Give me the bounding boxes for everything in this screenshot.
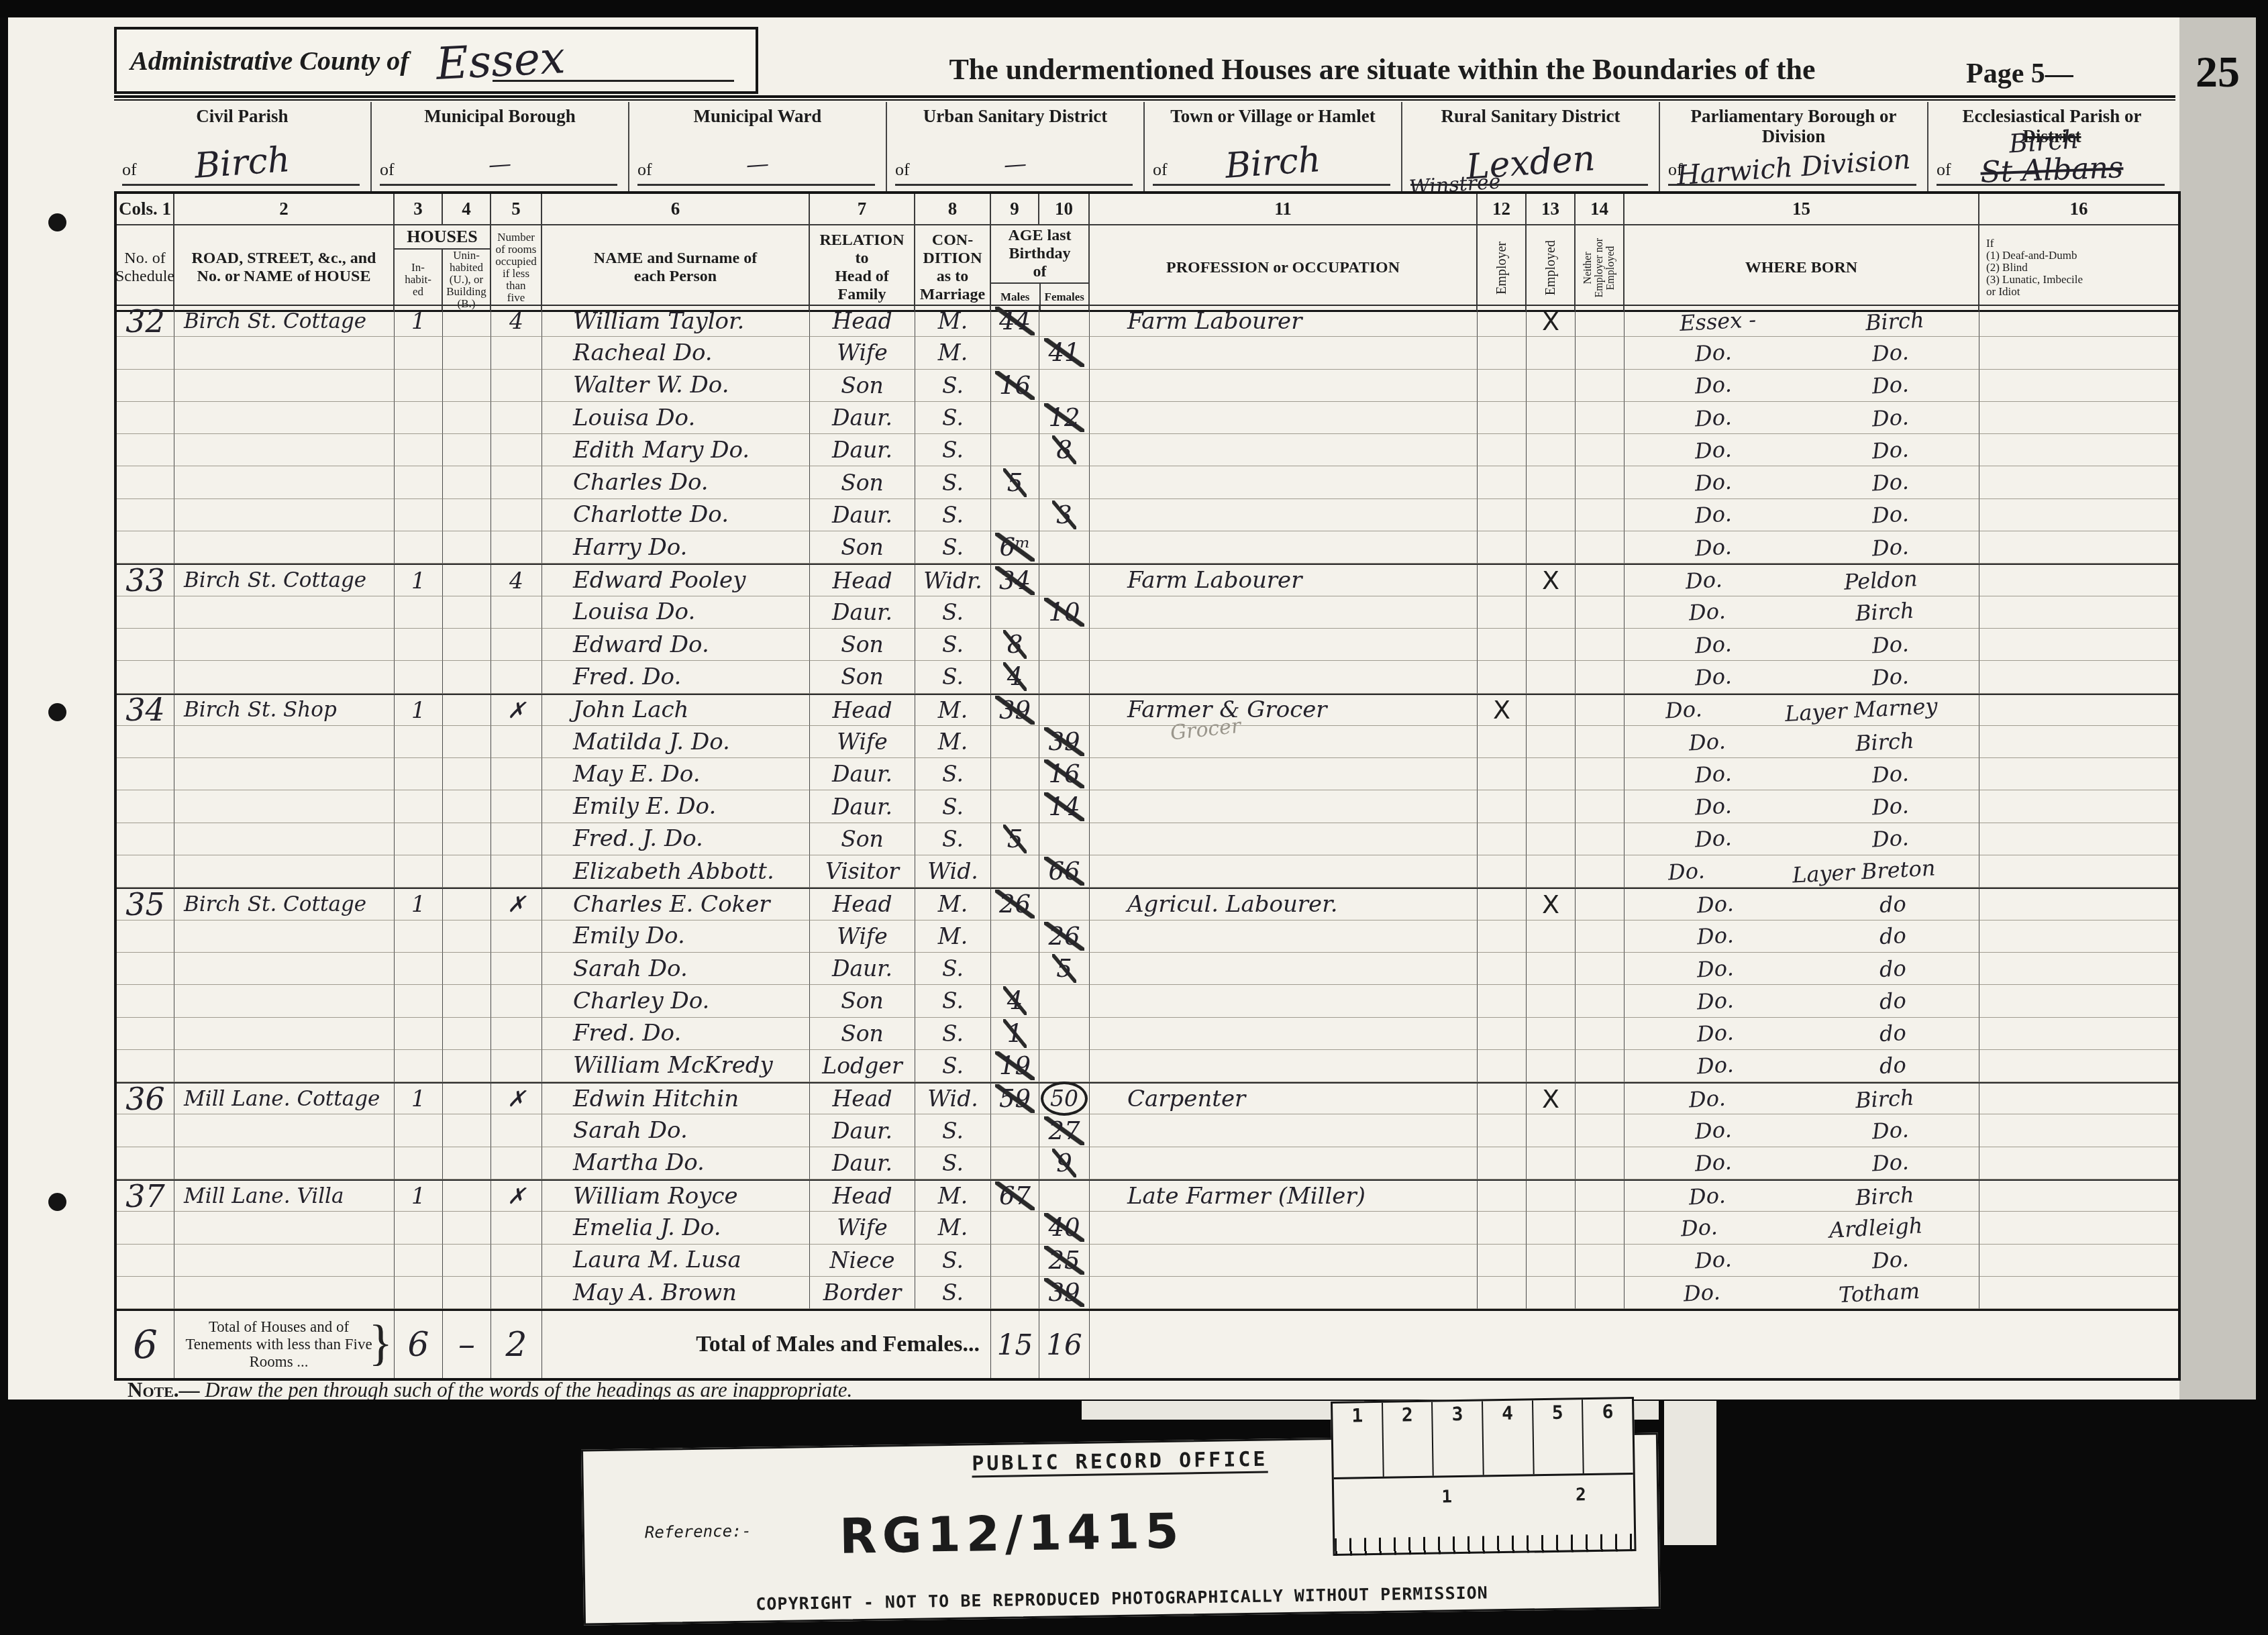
uninhabited-cell [443,694,491,726]
schedule-cell [117,1212,174,1244]
employed-vertical-label: Employed [1544,240,1557,295]
relation-cell: Son [810,370,915,402]
relation-cell: Wife [810,1212,915,1244]
column-header-row: No. of Schedule ROAD, STREET, &c., and N… [117,225,2178,305]
condition-cell: Wid. [915,1082,991,1114]
condition-cell: M. [915,726,991,758]
infirmity-cell [1979,1050,2178,1082]
employed-cell [1527,1179,1576,1212]
age-female-cell [1039,823,1090,855]
condition-cell: S. [915,1147,991,1179]
name-cell: Edward Do. [542,629,810,661]
schedule-cell [117,499,174,531]
born-place: Do. [1871,825,1909,853]
address-cell [174,726,395,758]
born-county: Do. [1694,404,1732,431]
relation-cell: Son [810,823,915,855]
rooms-cell [491,726,542,758]
condition-cell: S. [915,790,991,823]
neither-cell [1576,1018,1625,1050]
rooms-cell: ✗ [491,888,542,920]
address-cell [174,434,395,466]
age-male-cell: 4 [991,661,1039,693]
inhabited-cell [395,1114,443,1147]
administrative-county-label: Administrative County of [130,45,409,76]
condition-cell: S. [915,823,991,855]
relation-cell: Daur. [810,758,915,790]
profession-cell: Farm Labourer [1090,305,1478,337]
relation-cell: Head [810,564,915,596]
profession-cell [1090,790,1478,823]
inhabited-cell [395,337,443,369]
employer-cell [1478,661,1527,693]
census-scan-page: 25 Administrative County of Essex The un… [0,0,2268,1635]
name-cell: William Taylor. [542,305,810,337]
uninhabited-cell [443,596,491,629]
uninhabited-cell [443,1018,491,1050]
age-male-cell [991,499,1039,531]
inhabited-cell [395,499,443,531]
born-place: do [1879,922,1907,949]
born-place: Do. [1871,501,1909,529]
col-houses-group: HOUSES In- habit- ed Unin- habited (U.),… [395,225,491,312]
name-cell: Edward Pooley [542,564,810,596]
employed-cell [1527,953,1576,985]
employer-cell [1478,434,1527,466]
uninhabited-cell [443,758,491,790]
scan-right-edge [2256,0,2268,1635]
name-cell: Emelia J. Do. [542,1212,810,1244]
employed-cell [1527,1147,1576,1179]
relation-cell: Daur. [810,1114,915,1147]
name-cell: Harry Do. [542,531,810,564]
employed-cell [1527,855,1576,888]
name-cell: Charley Do. [542,985,810,1017]
relation-cell: Daur. [810,402,915,434]
born-county: Do. [1696,922,1734,950]
col-age-group: AGE last Birthday of Males Females [991,225,1090,312]
condition-cell: S. [915,1277,991,1309]
age-male-cell [991,434,1039,466]
profession-cell [1090,629,1478,661]
town-village-box: Town or Village or Hamlet of Birch [1145,102,1402,191]
ruler-number: 5 [1533,1400,1584,1474]
employed-cell [1527,1212,1576,1244]
born-county: Do. [1694,533,1732,561]
born-place: Birch [1855,1084,1914,1113]
employed-cell [1527,629,1576,661]
ruler-number: 2 [1383,1402,1434,1477]
infirmity-cell [1979,434,2178,466]
age-value: 8 [1003,630,1027,659]
address-cell [174,499,395,531]
age-value: 16 [995,371,1035,400]
where-born-cell: Do.Layer Marney [1625,694,1979,726]
totals-rooms-value: 2 [506,1325,527,1364]
schedule-cell [117,1114,174,1147]
age-female-cell [1039,985,1090,1017]
employed-cell [1527,499,1576,531]
houses-group-label: HOUSES [395,225,490,250]
employed-cell [1527,466,1576,498]
condition-cell: Wid. [915,855,991,888]
age-male-cell [991,790,1039,823]
relation-cell: Son [810,531,915,564]
age-value: 27 [1044,1116,1084,1145]
parliamentary-label-line2: Division [1762,126,1826,146]
name-cell: Sarah Do. [542,953,810,985]
born-county: Do. [1689,728,1726,755]
condition-cell: S. [915,531,991,564]
address-cell [174,920,395,953]
rooms-cell [491,953,542,985]
inhabited-cell [395,985,443,1017]
uninhabited-cell [443,920,491,953]
col-relation-header: RELATION to Head of Family [810,225,915,312]
column-number: 12 [1478,194,1527,225]
born-county: Do. [1696,1020,1734,1047]
name-cell: May E. Do. [542,758,810,790]
profession-cell: Agricul. Labourer. [1090,888,1478,920]
ecclesiastical-label-line1: Ecclesiastical Parish or [1963,106,2142,126]
born-place: do [1879,988,1907,1014]
uninhabited-cell [443,370,491,402]
age-male-cell: 5 [991,466,1039,498]
where-born-cell: Do.Do. [1625,370,1979,402]
uninhabited-cell [443,726,491,758]
rooms-cell [491,466,542,498]
uninhabited-cell [443,1050,491,1082]
schedule-cell [117,466,174,498]
name-cell: John Lach [542,694,810,726]
totals-brace: } [368,1315,393,1372]
civil-parish-label: Civil Parish [114,106,370,126]
reference-number: RG12/1415 [839,1503,1184,1565]
footnote: Note.— Draw the pen through such of the … [127,1378,852,1402]
born-place: Do. [1871,664,1909,691]
infirmity-cell [1979,1147,2178,1179]
neither-cell [1576,402,1625,434]
age-female-cell: 25 [1039,1245,1090,1277]
address-cell: Mill Lane. Villa [174,1179,395,1212]
name-cell: William McKredy [542,1050,810,1082]
age-value: 59 [995,1084,1035,1113]
employer-cell [1478,305,1527,337]
totals-males-females-label-cell: Total of Males and Females... [542,1311,991,1378]
employer-cell [1478,1212,1527,1244]
rooms-cell [491,434,542,466]
schedule-cell: 33 [117,564,174,596]
uninhabited-cell [443,953,491,985]
footnote-caption: Note.— [127,1378,200,1402]
district-boxes: Civil Parish of Birch Municipal Borough … [114,102,2175,191]
profession-cell [1090,499,1478,531]
infirmity-cell [1979,564,2178,596]
age-male-cell: 4 [991,985,1039,1017]
uninhabited-cell [443,564,491,596]
footnote-text: Draw the pen through such of the words o… [200,1378,853,1402]
profession-cell [1090,1147,1478,1179]
address-cell [174,466,395,498]
rooms-cell: ✗ [491,694,542,726]
born-place: Do. [1871,631,1909,658]
profession-cell [1090,1050,1478,1082]
age-value: 8 [1052,435,1076,464]
age-value: 4 [1003,662,1027,691]
age-female-cell [1039,661,1090,693]
folio-strip [2179,17,2256,1400]
where-born-cell: Do.Do. [1625,1114,1979,1147]
rooms-cell: ✗ [491,1082,542,1114]
born-county: Do. [1694,631,1732,658]
col-inhabited-header: In- habit- ed [395,250,443,310]
employer-cell [1478,564,1527,596]
employer-cell [1478,466,1527,498]
schedule-cell [117,823,174,855]
uninhabited-cell [443,1245,491,1277]
born-county: Do. [1696,987,1734,1014]
uninhabited-cell [443,1277,491,1309]
employer-cell [1478,790,1527,823]
employer-vertical-label: Employer [1495,242,1508,295]
where-born-cell: Do.do [1625,1018,1979,1050]
uninhabited-cell [443,305,491,337]
age-female-cell: 12 [1039,402,1090,434]
age-female-cell: 10 [1039,596,1090,629]
totals-females-value: 16 [1046,1328,1082,1361]
relation-cell: Head [810,1179,915,1212]
relation-cell: Wife [810,337,915,369]
profession-cell [1090,434,1478,466]
schedule-cell: 34 [117,694,174,726]
where-born-cell: Do.Do. [1625,1245,1979,1277]
born-county: Do. [1689,1182,1726,1210]
age-female-cell: 3 [1039,499,1090,531]
address-cell [174,953,395,985]
address-cell [174,1018,395,1050]
rooms-cell [491,1114,542,1147]
col-whereborn-header: WHERE BORN [1625,225,1979,312]
where-born-cell: Do.Do. [1625,499,1979,531]
enumeration-rows: 32Birch St. Cottage14William Taylor.Head… [117,305,2178,1309]
age-value: 6ᵐ [995,533,1034,562]
age-male-cell [991,1277,1039,1309]
rooms-cell [491,1018,542,1050]
relation-cell: Head [810,888,915,920]
inhabited-cell: 1 [395,1179,443,1212]
born-place: Do. [1871,436,1909,464]
infirmity-cell [1979,790,2178,823]
employed-cell [1527,758,1576,790]
employer-cell [1478,726,1527,758]
address-cell [174,661,395,693]
address-cell [174,337,395,369]
address-cell: Birch St. Cottage [174,305,395,337]
ruler-number: 3 [1433,1402,1484,1476]
employed-cell [1527,726,1576,758]
parliamentary-label-line1: Parliamentary Borough or [1691,106,1897,126]
employed-cell [1527,1245,1576,1277]
column-number: 6 [542,194,810,225]
col-profession-header: PROFESSION or OCCUPATION [1090,225,1478,312]
where-born-cell: Do.Do. [1625,466,1979,498]
born-place: Peldon [1843,566,1918,595]
age-female-cell: 26 [1039,920,1090,953]
rooms-cell [491,661,542,693]
age-value: 39 [1044,727,1084,756]
employed-cell [1527,1050,1576,1082]
col-infirmity-header: If (1) Deaf-and-Dumb (2) Blind (3) Lunat… [1979,225,2178,312]
condition-cell: S. [915,953,991,985]
profession-cell [1090,402,1478,434]
age-male-cell: 39 [991,694,1039,726]
age-female-cell: 39 [1039,1277,1090,1309]
totals-empty-cell [1090,1311,2178,1378]
age-male-cell: 1 [991,1018,1039,1050]
name-cell: Edith Mary Do. [542,434,810,466]
inhabited-cell [395,596,443,629]
age-male-cell: 34 [991,564,1039,596]
inhabited-cell [395,823,443,855]
profession-cell [1090,337,1478,369]
employer-cell [1478,1018,1527,1050]
address-cell [174,1147,395,1179]
employed-cell [1527,790,1576,823]
rooms-cell [491,758,542,790]
rooms-cell: ✗ [491,1179,542,1212]
born-place: Birch [1855,598,1914,627]
neither-cell [1576,726,1625,758]
condition-cell: S. [915,629,991,661]
schedule-cell [117,920,174,953]
relation-cell: Son [810,466,915,498]
administrative-county-box: Administrative County of Essex [114,27,758,94]
address-cell [174,985,395,1017]
born-county: Do. [1694,825,1732,853]
age-female-cell: 40 [1039,1212,1090,1244]
where-born-cell: Do.do [1625,920,1979,953]
age-male-cell: 16 [991,370,1039,402]
address-cell [174,855,395,888]
condition-cell: M. [915,920,991,953]
infirmity-cell [1979,661,2178,693]
age-value: 34 [995,566,1035,595]
address-cell [174,402,395,434]
employed-cell: X [1527,888,1576,920]
infirmity-cell [1979,466,2178,498]
punch-hole [48,213,66,231]
condition-cell: S. [915,434,991,466]
neither-cell [1576,1277,1625,1309]
age-male-cell [991,758,1039,790]
where-born-cell: Essex -Birch [1625,305,1979,337]
neither-cell [1576,758,1625,790]
age-male-cell [991,726,1039,758]
employed-cell [1527,920,1576,953]
condition-cell: S. [915,499,991,531]
infirmity-cell [1979,1114,2178,1147]
profession-cell [1090,726,1478,758]
municipal-ward-label: Municipal Ward [629,106,886,126]
column-number: 11 [1090,194,1478,225]
neither-cell [1576,596,1625,629]
uninhabited-cell [443,434,491,466]
column-number: 7 [810,194,915,225]
age-male-cell: 6ᵐ [991,531,1039,564]
address-cell [174,758,395,790]
schedule-cell [117,370,174,402]
address-cell: Birch St. Cottage [174,888,395,920]
totals-schedule-cell: 6 [117,1311,174,1378]
rooms-cell [491,1277,542,1309]
employer-cell [1478,596,1527,629]
neither-cell [1576,629,1625,661]
address-cell [174,823,395,855]
name-cell: Emily Do. [542,920,810,953]
totals-row: 6 Total of Houses and of Tenements with … [117,1309,2178,1378]
rooms-cell: 4 [491,564,542,596]
col-road-header: ROAD, STREET, &c., and No. or NAME of HO… [174,225,395,312]
ruler-inch-2: 2 [1576,1485,1586,1505]
address-cell [174,531,395,564]
age-male-cell: 59 [991,1082,1039,1114]
inhabited-cell [395,855,443,888]
age-value: 39 [1044,1278,1084,1307]
employed-cell [1527,370,1576,402]
condition-cell: M. [915,1212,991,1244]
born-place: Do. [1871,793,1909,821]
born-county: Do. [1696,891,1734,918]
schedule-cell [117,629,174,661]
age-value: 1 [1003,1019,1027,1048]
punch-hole [48,703,66,721]
address-cell: Birch St. Shop [174,694,395,726]
uninhabited-cell [443,402,491,434]
employer-cell [1478,370,1527,402]
address-cell [174,790,395,823]
born-county: Do. [1685,567,1722,594]
uninhabited-cell [443,337,491,369]
column-number: 15 [1625,194,1979,225]
uninhabited-cell [443,790,491,823]
where-born-cell: Do.Do. [1625,629,1979,661]
born-place: Ardleigh [1828,1212,1923,1243]
parliamentary-label: Parliamentary Borough or Division [1660,106,1927,146]
age-female-cell: 14 [1039,790,1090,823]
col-neither-header: Neither Employer nor Employed [1576,225,1625,312]
inhabited-cell [395,1277,443,1309]
age-female-cell [1039,694,1090,726]
totals-houses-label-cell: Total of Houses and of Tenements with le… [174,1311,395,1378]
age-value: 9 [1052,1149,1076,1177]
totals-inhabited-cell: 6 [395,1311,443,1378]
infirmity-cell [1979,726,2178,758]
employer-cell [1478,1114,1527,1147]
column-number: 4 [443,194,491,225]
neither-cell [1576,1114,1625,1147]
where-born-cell: Do.Do. [1625,823,1979,855]
municipal-borough-label: Municipal Borough [372,106,628,126]
relation-cell: Daur. [810,1147,915,1179]
rooms-cell [491,337,542,369]
age-value: 5 [1003,468,1027,497]
born-county: Do. [1689,598,1726,626]
neither-cell [1576,661,1625,693]
inhabited-cell [395,758,443,790]
infirmity-cell [1979,855,2178,888]
uninhabited-cell [443,661,491,693]
condition-cell: S. [915,370,991,402]
